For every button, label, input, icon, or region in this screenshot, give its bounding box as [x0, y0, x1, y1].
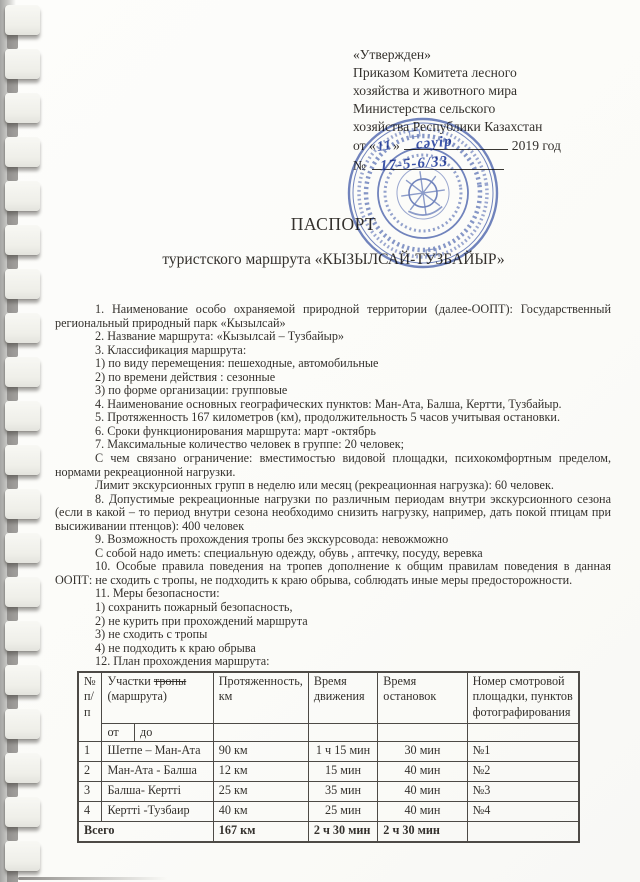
empty-cell — [308, 723, 377, 742]
binding-tab — [5, 489, 40, 519]
col-header-section: Участки тропы (маршрута) — [102, 672, 213, 724]
binding-tab — [5, 5, 40, 35]
cell-move: 35 мин — [308, 782, 377, 802]
binding-slot — [7, 386, 18, 401]
approval-line: хозяйства Республики Казахстан — [353, 118, 623, 136]
cell-stop: 40 мин — [378, 802, 467, 822]
table-subheader-row: от до — [78, 723, 579, 742]
cell-section: Балша- Кертті — [102, 782, 213, 802]
cell-section: Шетпе – Ман-Ата — [102, 742, 213, 762]
scanned-document-page: «Утвержден»Приказом Комитета лесногохозя… — [0, 0, 640, 882]
binding-tab — [5, 357, 40, 387]
total-label: Всего — [78, 822, 213, 843]
binding-slot — [7, 870, 18, 882]
approval-date-line: от «11»сәуір2019 год — [353, 136, 623, 156]
document-subtitle: туристского маршрута «КЫЗЫЛСАЙ-ТУЗБАЙЫР» — [55, 251, 612, 269]
binding-tab — [5, 93, 40, 123]
paragraph: 9. Возможность прохождения тропы без экс… — [55, 533, 611, 547]
binding-tab — [5, 753, 40, 783]
paragraph: 2) не курить при прохождений маршрута — [55, 615, 611, 629]
approval-lines: «Утвержден»Приказом Комитета лесногохозя… — [353, 46, 623, 136]
empty-cell — [213, 723, 308, 742]
binding-tab — [5, 797, 40, 827]
table-row: 4Кертті -Тузбаир40 км25 мин40 мин№4 — [78, 802, 579, 822]
paragraph: 1) сохранить пожарный безопасность, — [55, 601, 611, 615]
binding-tab — [5, 181, 40, 211]
total-move-time: 2 ч 30 мин — [308, 822, 377, 843]
binding-tab — [5, 225, 40, 255]
section-word: Участки — [107, 674, 150, 688]
body-paragraphs: 1. Наименование особо охраняемой природн… — [55, 303, 611, 843]
col-header-stop-time: Время остановок — [378, 672, 467, 724]
col-header-photo-point: Номер смотровой площадки, пунктов фотогр… — [467, 672, 579, 724]
paragraph: 5. Протяженность 167 километров (км), пр… — [55, 411, 611, 425]
binding-tab — [5, 445, 40, 475]
cell-move: 15 мин — [308, 762, 377, 782]
paragraph: 12. План прохождения маршрута: — [55, 655, 611, 669]
binding-slot — [7, 694, 18, 709]
binding-tab — [5, 621, 40, 651]
paragraph: 6. Сроки функционирования маршрута: март… — [55, 425, 611, 439]
section-word-2: (маршрута) — [107, 689, 167, 703]
binding-slot — [7, 562, 18, 577]
paragraph: 11. Меры безопасности: — [55, 587, 611, 601]
binding-slot — [7, 78, 18, 93]
comb-binding — [0, 0, 48, 882]
table-row: 1Шетпе – Ман-Ата90 км1 ч 15 мин30 мин№1 — [78, 742, 579, 762]
binding-slot — [7, 122, 18, 137]
cell-length: 12 км — [213, 762, 308, 782]
table-row: 3Балша- Кертті25 км35 мин40 мин№3 — [78, 782, 579, 802]
paragraph: 4. Наименование основных географических … — [55, 398, 611, 412]
binding-slot — [7, 518, 18, 533]
col-header-num: № п/п — [78, 672, 102, 742]
cell-stop: 40 мин — [378, 782, 467, 802]
cell-length: 40 км — [213, 802, 308, 822]
handwritten-day: 11 — [376, 137, 394, 157]
number-label: № — [353, 158, 366, 173]
handwritten-month: сәуір — [415, 132, 453, 153]
cell-length: 90 км — [213, 742, 308, 762]
paragraph: 1) по виду перемещения: пешеходные, авто… — [55, 357, 611, 371]
approval-line: Министерства сельского — [353, 100, 623, 118]
cell-stop: 30 мин — [378, 742, 467, 762]
binding-slot — [7, 738, 18, 753]
paragraph: 7. Максимальные количество человек в гру… — [55, 438, 611, 452]
cell-section: Ман-Ата - Балша — [102, 762, 213, 782]
date-blank-line: сәуір — [404, 136, 508, 150]
table-row: 2Ман-Ата - Балша12 км15 мин40 мин№2 — [78, 762, 579, 782]
binding-tab — [5, 401, 40, 431]
binding-tab — [5, 665, 40, 695]
binding-slot — [7, 342, 18, 357]
paragraph: Лимит экскурсионных групп в неделю или м… — [55, 479, 611, 493]
binding-slot — [7, 650, 18, 665]
binding-tab — [5, 313, 40, 343]
col-header-move-time: Время движения — [308, 672, 377, 724]
binding-slot — [7, 34, 18, 49]
binding-slot — [7, 606, 18, 621]
paragraph: 3. Классификация маршрута: — [55, 344, 611, 358]
binding-slot — [7, 430, 18, 445]
table-total-row: Всего 167 км 2 ч 30 мин 2 ч 30 мин — [78, 822, 579, 843]
binding-tab — [5, 533, 40, 563]
paragraph: 10. Особые правила поведения на тропев д… — [55, 560, 611, 587]
subheader-from: от — [102, 723, 135, 742]
cell-photo: №3 — [467, 782, 579, 802]
cell-move: 25 мин — [308, 802, 377, 822]
section-struck-word: тропы — [154, 674, 186, 688]
cell-section: Кертті -Тузбаир — [102, 802, 213, 822]
paragraph: 1. Наименование особо охраняемой природн… — [55, 303, 611, 330]
approval-line: хозяйства и животного мира — [353, 82, 623, 100]
subheader-to: до — [135, 723, 214, 742]
binding-tab — [5, 577, 40, 607]
paragraph: 2) по времени действия : сезонные — [55, 371, 611, 385]
paragraph: С чем связано ограничение: вместимостью … — [55, 452, 611, 479]
binding-slot — [7, 210, 18, 225]
total-stop-time: 2 ч 30 мин — [378, 822, 467, 843]
approval-line: Приказом Комитета лесного — [353, 64, 623, 82]
cell-stop: 40 мин — [378, 762, 467, 782]
paragraph: 8. Допустимые рекреационные нагрузки по … — [55, 493, 611, 534]
total-length: 167 км — [213, 822, 308, 843]
binding-tab — [5, 709, 40, 739]
cell-num: 1 — [78, 742, 102, 762]
number-blank-line: 17-5-6/33 — [372, 156, 504, 170]
approval-line: «Утвержден» — [353, 46, 623, 64]
date-year: 2019 год — [512, 138, 561, 153]
cell-num: 3 — [78, 782, 102, 802]
cell-photo: №4 — [467, 802, 579, 822]
cell-num: 4 — [78, 802, 102, 822]
binding-tab — [5, 269, 40, 299]
binding-tab — [5, 841, 40, 871]
table-header-row: № п/п Участки тропы (маршрута) Протяженн… — [78, 672, 579, 724]
route-plan-table: № п/п Участки тропы (маршрута) Протяженн… — [77, 671, 580, 844]
binding-tab — [5, 49, 40, 79]
approval-block: «Утвержден»Приказом Комитета лесногохозя… — [353, 46, 623, 175]
binding-slot — [7, 474, 18, 489]
empty-cell — [378, 723, 467, 742]
handwritten-number: 17-5-6/33 — [379, 153, 448, 176]
binding-tab — [5, 137, 40, 167]
binding-slot — [7, 166, 18, 181]
paragraph: 3) не сходить с тропы — [55, 628, 611, 642]
cell-photo: №2 — [467, 762, 579, 782]
col-header-length: Протяженность, км — [213, 672, 308, 724]
date-suffix: » — [393, 138, 400, 153]
empty-cell — [467, 723, 579, 742]
paragraph: С собой надо иметь: специальную одежду, … — [55, 547, 611, 561]
paragraph: 2. Название маршрута: «Кызылсай – Тузбай… — [55, 330, 611, 344]
paragraph: 3) по форме организации: групповые — [55, 384, 611, 398]
binding-slot — [7, 298, 18, 313]
date-prefix: от « — [353, 138, 376, 153]
approval-number-line: №17-5-6/33 — [353, 156, 623, 175]
route-table-body: № п/п Участки тропы (маршрута) Протяженн… — [78, 672, 579, 843]
cell-photo: №1 — [467, 742, 579, 762]
total-photo — [467, 822, 579, 843]
document-title: ПАСПОРТ — [55, 214, 612, 235]
binding-slot — [7, 826, 18, 841]
binding-slot — [7, 254, 18, 269]
paragraph: 4) не подходить к краю обрыва — [55, 642, 611, 656]
cell-move: 1 ч 15 мин — [308, 742, 377, 762]
cell-length: 25 км — [213, 782, 308, 802]
binding-slot — [7, 782, 18, 797]
cell-num: 2 — [78, 762, 102, 782]
